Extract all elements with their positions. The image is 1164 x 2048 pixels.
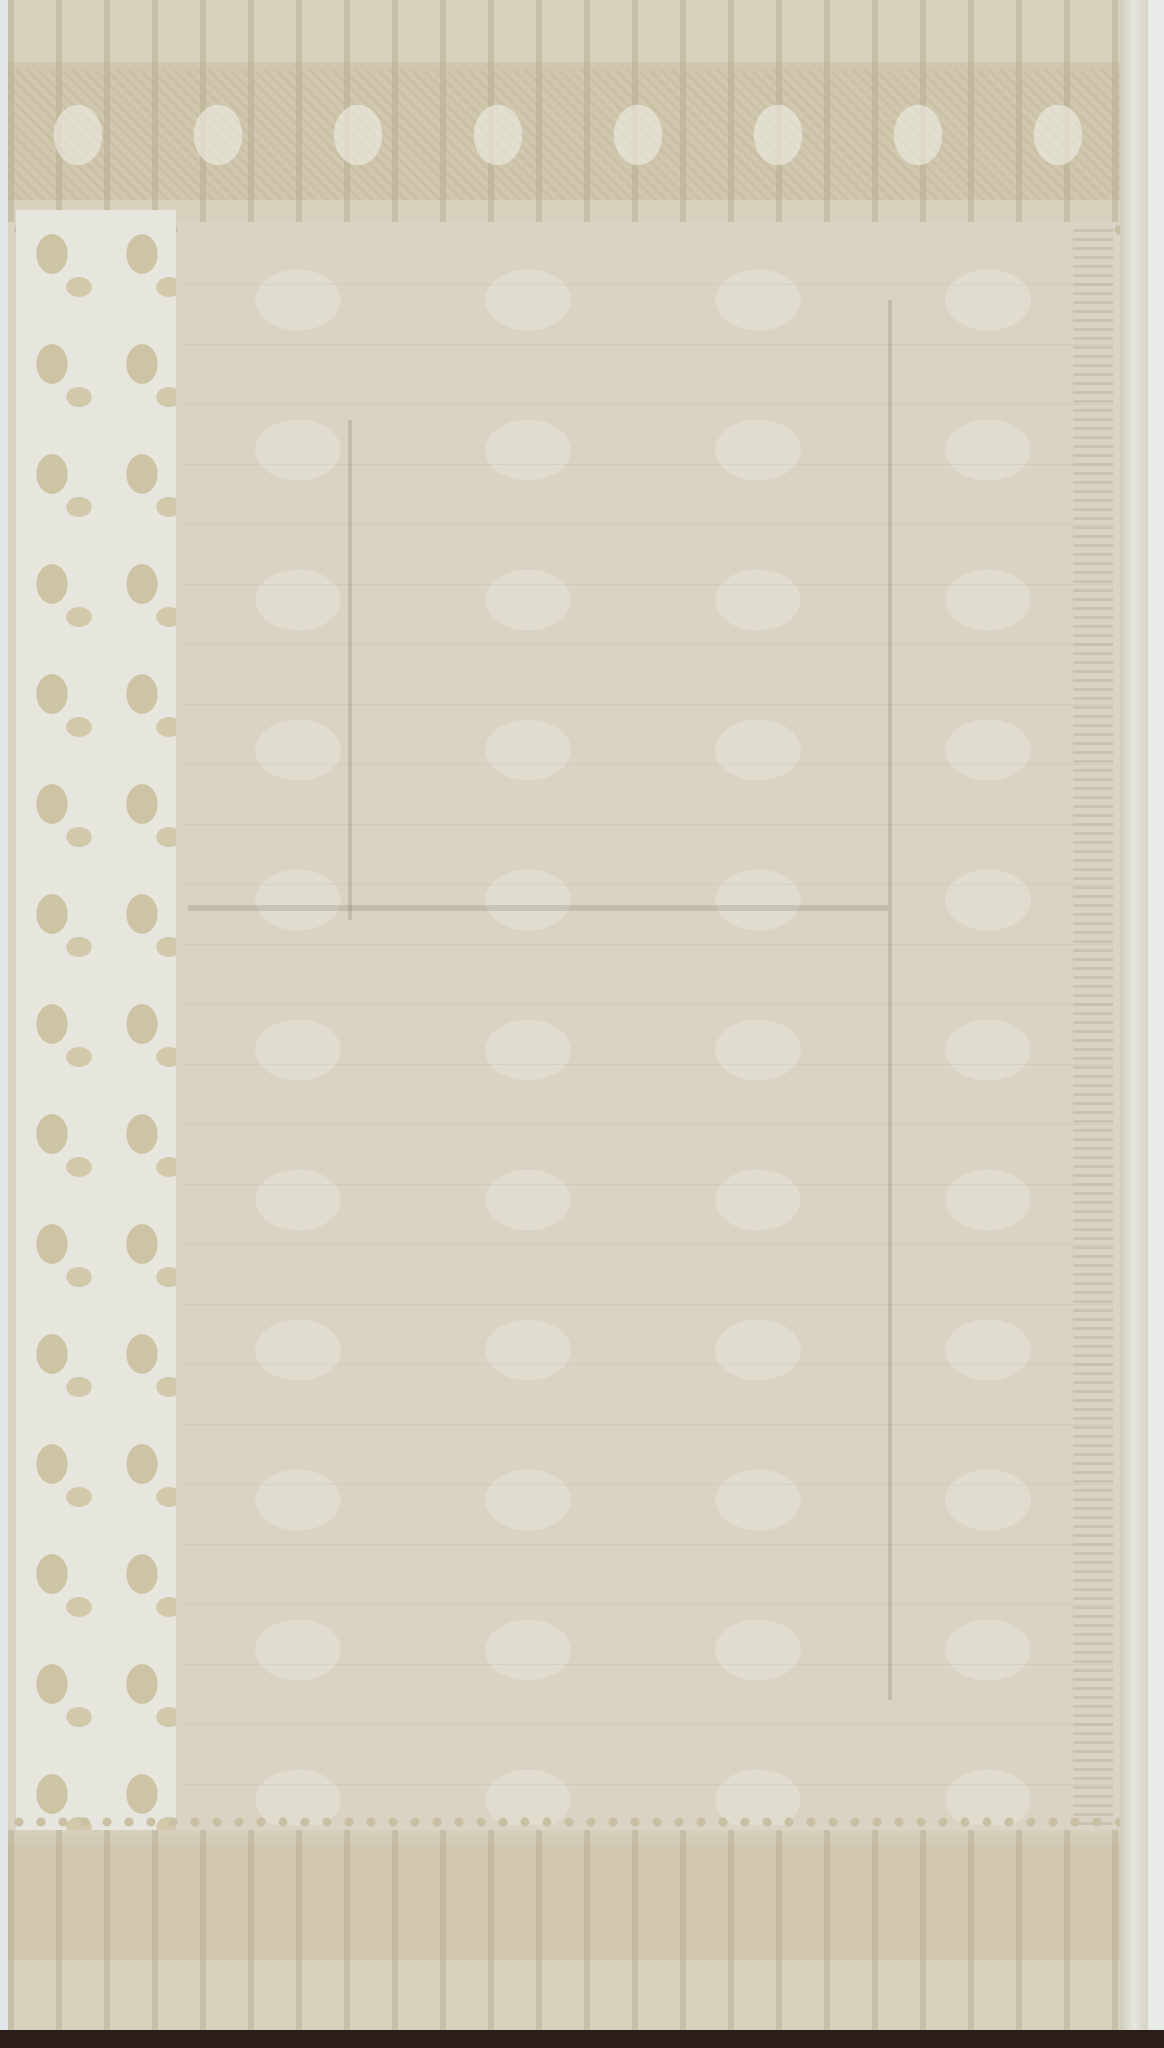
bottom-paisley-border	[8, 1830, 1120, 2032]
textile-fabric	[8, 0, 1148, 2032]
top-paisley-border	[8, 0, 1120, 222]
fold-crease	[888, 300, 892, 1700]
background-floor	[0, 2030, 1164, 2048]
greek-key-column-right	[1073, 225, 1113, 1825]
paisley-vine-band	[8, 70, 1120, 200]
fold-crease	[348, 420, 352, 920]
medallion-body-field	[183, 225, 1113, 1825]
floral-creeper-pallu	[16, 210, 176, 1830]
selvedge-edge	[1120, 0, 1148, 2032]
fold-crease	[188, 905, 888, 911]
dot-motif-row-bottom	[8, 1814, 1120, 1830]
